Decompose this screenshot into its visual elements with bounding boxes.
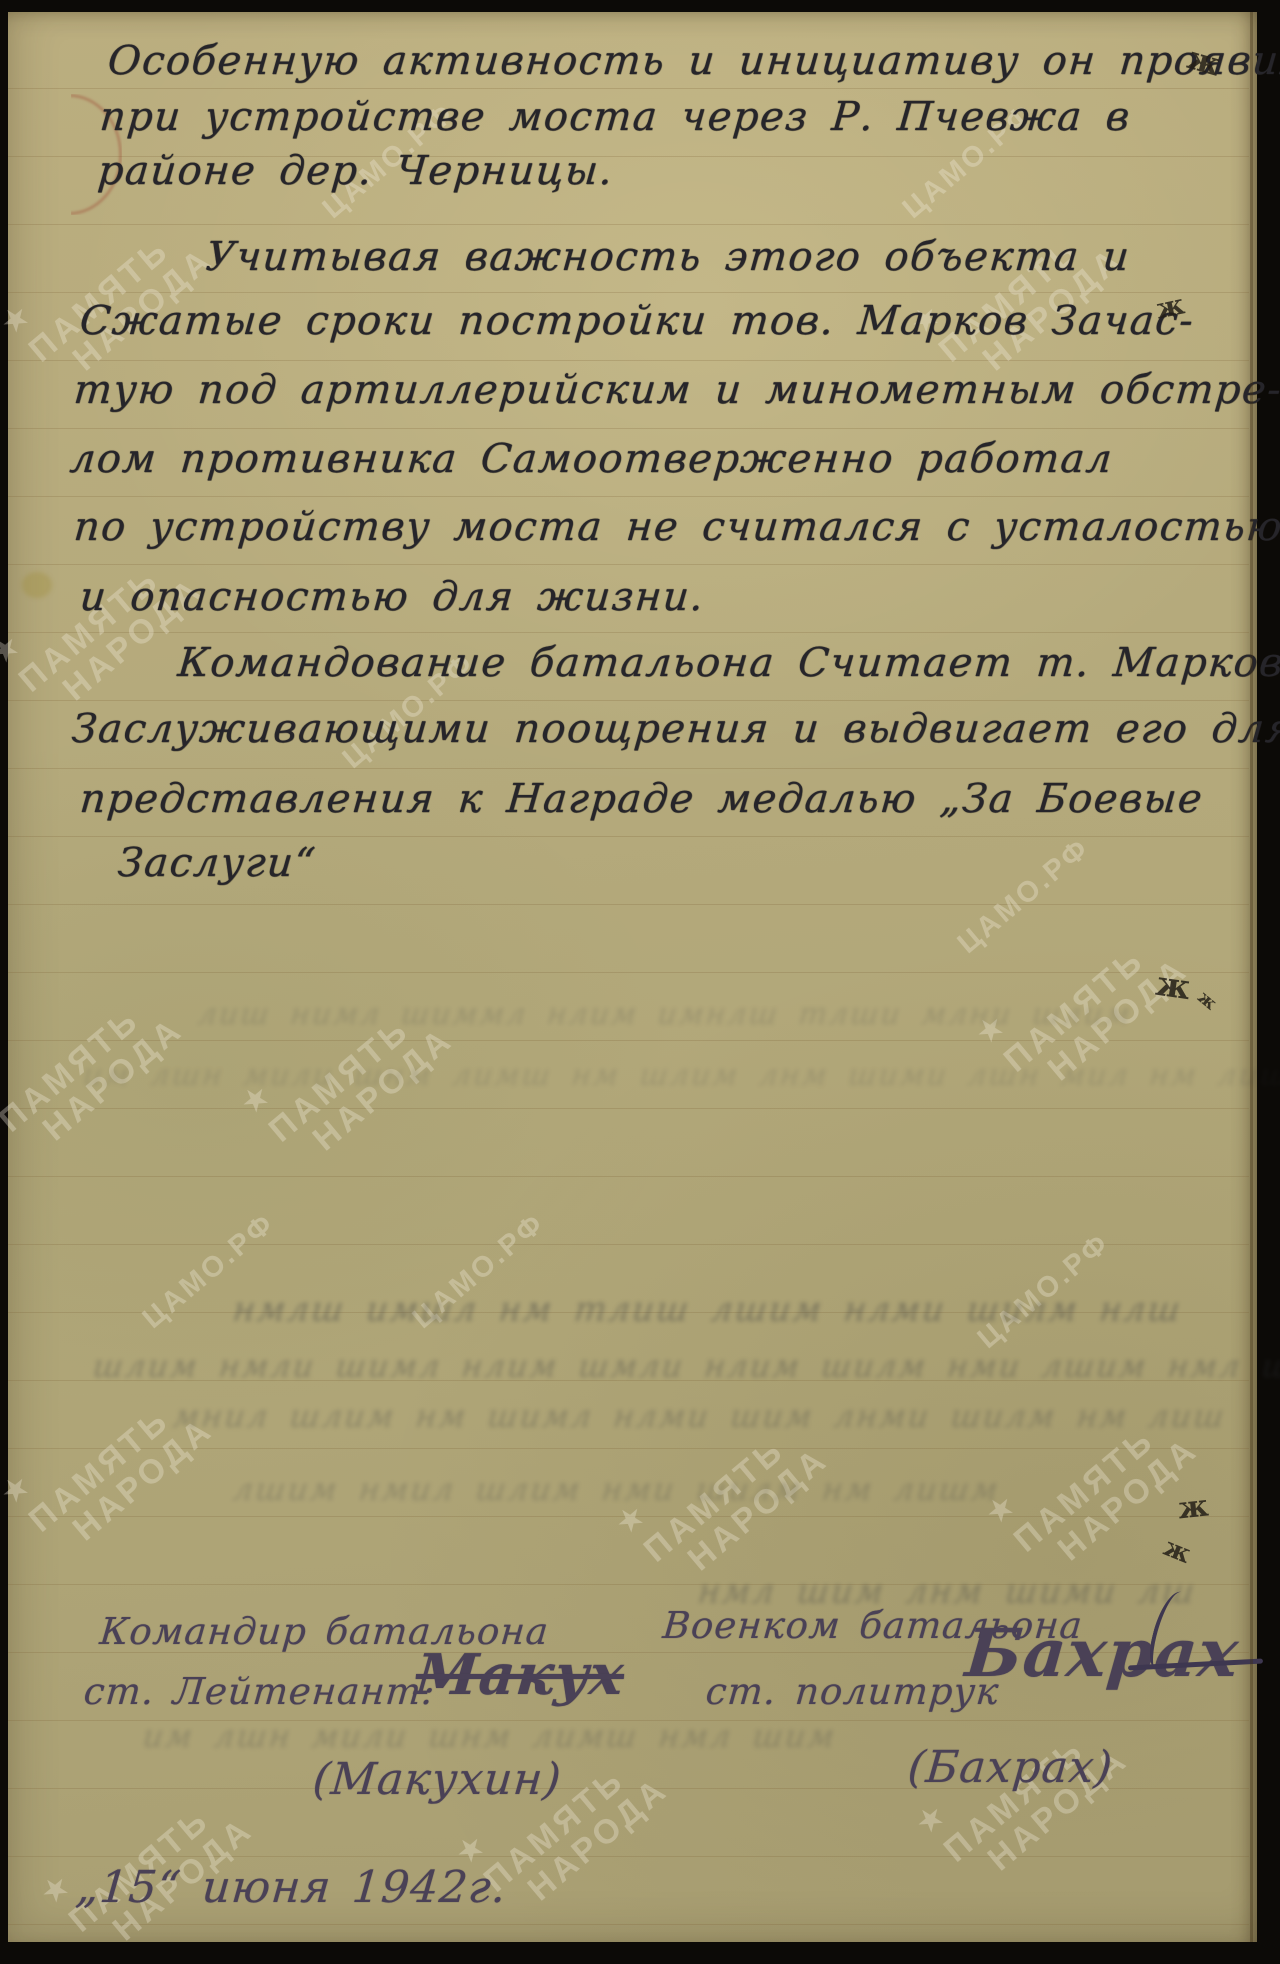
bleed-through: шлим нмли шимл нлим шмли нлим шилм нми л… xyxy=(91,1347,1280,1385)
handwritten-line: тую под артиллерийским и минометным обст… xyxy=(72,367,1280,413)
handwritten-line: Сжатые сроки постройки тов. Марков Зачас… xyxy=(78,298,1196,344)
handwritten-line: по устройству моста не считался с устало… xyxy=(72,504,1280,550)
bleed-through: им лшн мили шнм лимш нмл шим xyxy=(141,1717,838,1755)
bleed-through: лшим нмил шлим нми шилм нм лишм xyxy=(231,1470,1002,1508)
signature-name-left: (Макухин) xyxy=(311,1754,564,1805)
handwritten-line: Командование батальона Считает т. Марков… xyxy=(176,640,1280,686)
bleed-through: лиш нимл шиммл нлим имнлш тлши млни шлим xyxy=(196,997,1134,1032)
handwritten-line: при устройстве моста через Р. Пчевжа в xyxy=(98,94,1133,140)
signature-name-right: (Бахрах) xyxy=(906,1742,1115,1793)
signature-scribble-left: Макух xyxy=(413,1642,627,1708)
signature-rank-right: ст. политрук xyxy=(704,1670,1001,1713)
signature-scribble-right: Бахрах xyxy=(963,1614,1243,1692)
handwritten-line: представления к Награде медалью „За Боев… xyxy=(78,776,1205,822)
handwritten-line: Заслуживающими поощрения и выдвигает его… xyxy=(70,706,1280,752)
paper-sheet: ★ПАМЯТЬНАРОДА ★ПАМЯТЬНАРОДА ★ПАМЯТЬНАРОД… xyxy=(8,12,1257,1942)
signature-rank-left: ст. Лейтенант: xyxy=(82,1670,437,1713)
document-scan: ★ПАМЯТЬНАРОДА ★ПАМЯТЬНАРОДА ★ПАМЯТЬНАРОД… xyxy=(0,0,1280,1964)
handwritten-line: Учитывая важность этого объекта и xyxy=(204,234,1132,280)
handwritten-line: лом противника Самоотверженно работал xyxy=(68,436,1115,482)
handwritten-line: районе дер. Черницы. xyxy=(96,148,616,194)
handwritten-line: и опасностью для жизни. xyxy=(78,574,706,620)
bleed-through: нмлш имшл нм тлиш лшим нлми шилм нлш xyxy=(231,1290,1184,1330)
paper-stain xyxy=(22,572,52,598)
handwritten-line: Заслуги“ xyxy=(116,840,318,886)
bleed-through: мнил шлим нм шимл нлми шим лнми шилм нм … xyxy=(171,1397,1228,1435)
ink-blot xyxy=(1153,964,1193,1008)
bleed-through: им лшн мили шнм лимш нм шлим лнм шими лш… xyxy=(81,1058,1280,1093)
date-line: „15“ июня 1942г. xyxy=(74,1862,509,1913)
ink-blot xyxy=(1176,1489,1210,1527)
handwritten-line: Особенную активность и инициативу он про… xyxy=(106,38,1280,84)
